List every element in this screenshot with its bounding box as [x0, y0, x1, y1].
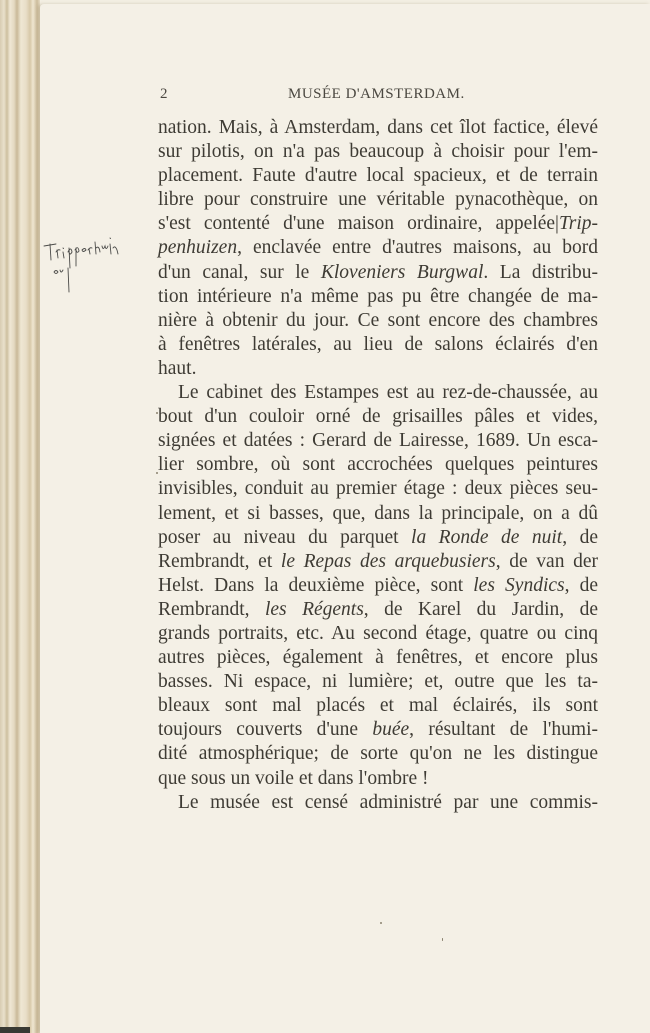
paper-speck [156, 472, 158, 474]
page-stack-edge [0, 0, 40, 1033]
text-segment: d'un canal, sur le [158, 262, 321, 283]
text-line: basses. Ni espace, ni lumière; et, outre… [158, 670, 598, 694]
text-segment: signées et datées : Gerard de Lairesse, … [158, 430, 598, 451]
text-segment: Rembrandt, [158, 599, 265, 620]
scanned-book-page: 2 MUSÉE D'AMSTERDAM. nation. Mais, à Ams… [0, 0, 650, 1033]
paper-speck [380, 922, 382, 924]
text-segment: , enclavée entre d'autres maisons, au bo… [237, 237, 598, 258]
text-segment: invisibles, conduit au premier étage : d… [158, 478, 598, 499]
text-line: Le musée est censé administré par une co… [158, 791, 598, 815]
text-segment: poser au niveau du parquet [158, 527, 411, 548]
italic-title: la Ronde de nuit [411, 527, 562, 548]
italic-title: le Repas des arquebusiers [281, 551, 496, 572]
text-segment: tion intérieure n'a même pas pu être cha… [158, 286, 598, 307]
text-line: dité atmosphérique; de sorte qu'on ne le… [158, 742, 598, 766]
text-segment: que sous un voile et dans l'ombre ! [158, 768, 429, 789]
text-segment: lier sombre, où sont accrochées quelques… [158, 454, 598, 475]
scanner-background-corner [0, 1027, 30, 1033]
text-line: grands portraits, etc. Au second étage, … [158, 622, 598, 646]
text-line: Helst. Dans la deuxième pièce, sont les … [158, 574, 598, 598]
text-segment: libre pour construire une véritable pyna… [158, 189, 598, 210]
italic-title: buée [372, 719, 409, 740]
text-segment: haut. [158, 358, 196, 379]
text-line: nation. Mais, à Amsterdam, dans cet îlot… [158, 116, 598, 140]
text-segment: . La distribu- [483, 262, 598, 283]
text-line: haut. [158, 357, 598, 381]
text-line: penhuizen, enclavée entre d'autres maiso… [158, 236, 598, 260]
italic-title: penhuizen [158, 237, 237, 258]
text-line: nière à obtenir du jour. Ce sont encore … [158, 309, 598, 333]
text-line: Rembrandt, et le Repas des arquebusiers,… [158, 550, 598, 574]
text-line: Rembrandt, les Régents, de Karel du Jard… [158, 598, 598, 622]
text-segment: sur pilotis, on n'a pas beaucoup à chois… [158, 141, 598, 162]
italic-title: Kloveniers Burgwal [321, 262, 483, 283]
text-segment: lement, et si basses, que, dans la princ… [158, 503, 598, 524]
text-segment: s'est contenté d'une maison ordinaire, a… [158, 213, 559, 234]
text-segment: nière à obtenir du jour. Ce sont encore … [158, 310, 598, 331]
text-segment: basses. Ni espace, ni lumière; et, outre… [158, 671, 598, 692]
text-segment: à fenêtres latérales, au lieu de salons … [158, 334, 598, 355]
text-line: tion intérieure n'a même pas pu être cha… [158, 285, 598, 309]
text-line: lement, et si basses, que, dans la princ… [158, 502, 598, 526]
text-line: que sous un voile et dans l'ombre ! [158, 767, 598, 791]
text-segment: autres pièces, également à fenêtres, et … [158, 647, 598, 668]
handwritten-margin-note [40, 230, 150, 310]
paper-speck [442, 938, 443, 941]
paper-speck [156, 412, 158, 414]
text-segment: bleaux sont mal placés et mal éclairés, … [158, 695, 598, 716]
text-segment: Rembrandt, et [158, 551, 281, 572]
text-segment: Le musée est censé administré par une co… [178, 792, 598, 813]
text-line: libre pour construire une véritable pyna… [158, 188, 598, 212]
text-line: sur pilotis, on n'a pas beaucoup à chois… [158, 140, 598, 164]
text-line: bout d'un couloir orné de grisailles pâl… [158, 405, 598, 429]
text-line: bleaux sont mal placés et mal éclairés, … [158, 694, 598, 718]
running-title: MUSÉE D'AMSTERDAM. [288, 86, 465, 103]
text-line: placement. Faute d'autre local spacieux,… [158, 164, 598, 188]
text-segment: grands portraits, etc. Au second étage, … [158, 623, 598, 644]
text-line: d'un canal, sur le Kloveniers Burgwal. L… [158, 261, 598, 285]
text-segment: nation. Mais, à Amsterdam, dans cet îlot… [158, 117, 598, 138]
text-line: lier sombre, où sont accrochées quelques… [158, 453, 598, 477]
text-segment: Le cabinet des Estampes est au rez-de-ch… [178, 382, 598, 403]
text-segment: , de Karel du Jardin, de [364, 599, 598, 620]
text-line: invisibles, conduit au premier étage : d… [158, 477, 598, 501]
text-segment: , résultant de l'humi- [409, 719, 598, 740]
text-segment: dité atmosphérique; de sorte qu'on ne le… [158, 743, 598, 764]
italic-title: les Syndics [473, 575, 564, 596]
text-segment: toujours couverts d'une [158, 719, 372, 740]
text-line: poser au niveau du parquet la Ronde de n… [158, 526, 598, 550]
text-segment: bout d'un couloir orné de grisailles pâl… [158, 406, 598, 427]
text-segment: , de [565, 575, 598, 596]
text-segment: , de van der [496, 551, 598, 572]
text-line: toujours couverts d'une buée, résultant … [158, 718, 598, 742]
text-segment: Helst. Dans la deuxième pièce, sont [158, 575, 473, 596]
italic-title: les Régents [265, 599, 364, 620]
text-segment: placement. Faute d'autre local spacieux,… [158, 165, 598, 186]
page-number: 2 [160, 86, 168, 103]
text-segment: , de [562, 527, 598, 548]
italic-title: Trip- [559, 213, 598, 234]
text-line: s'est contenté d'une maison ordinaire, a… [158, 212, 598, 236]
text-line: signées et datées : Gerard de Lairesse, … [158, 429, 598, 453]
text-line: à fenêtres latérales, au lieu de salons … [158, 333, 598, 357]
body-text: nation. Mais, à Amsterdam, dans cet îlot… [158, 116, 598, 815]
text-line: Le cabinet des Estampes est au rez-de-ch… [158, 381, 598, 405]
text-line: autres pièces, également à fenêtres, et … [158, 646, 598, 670]
